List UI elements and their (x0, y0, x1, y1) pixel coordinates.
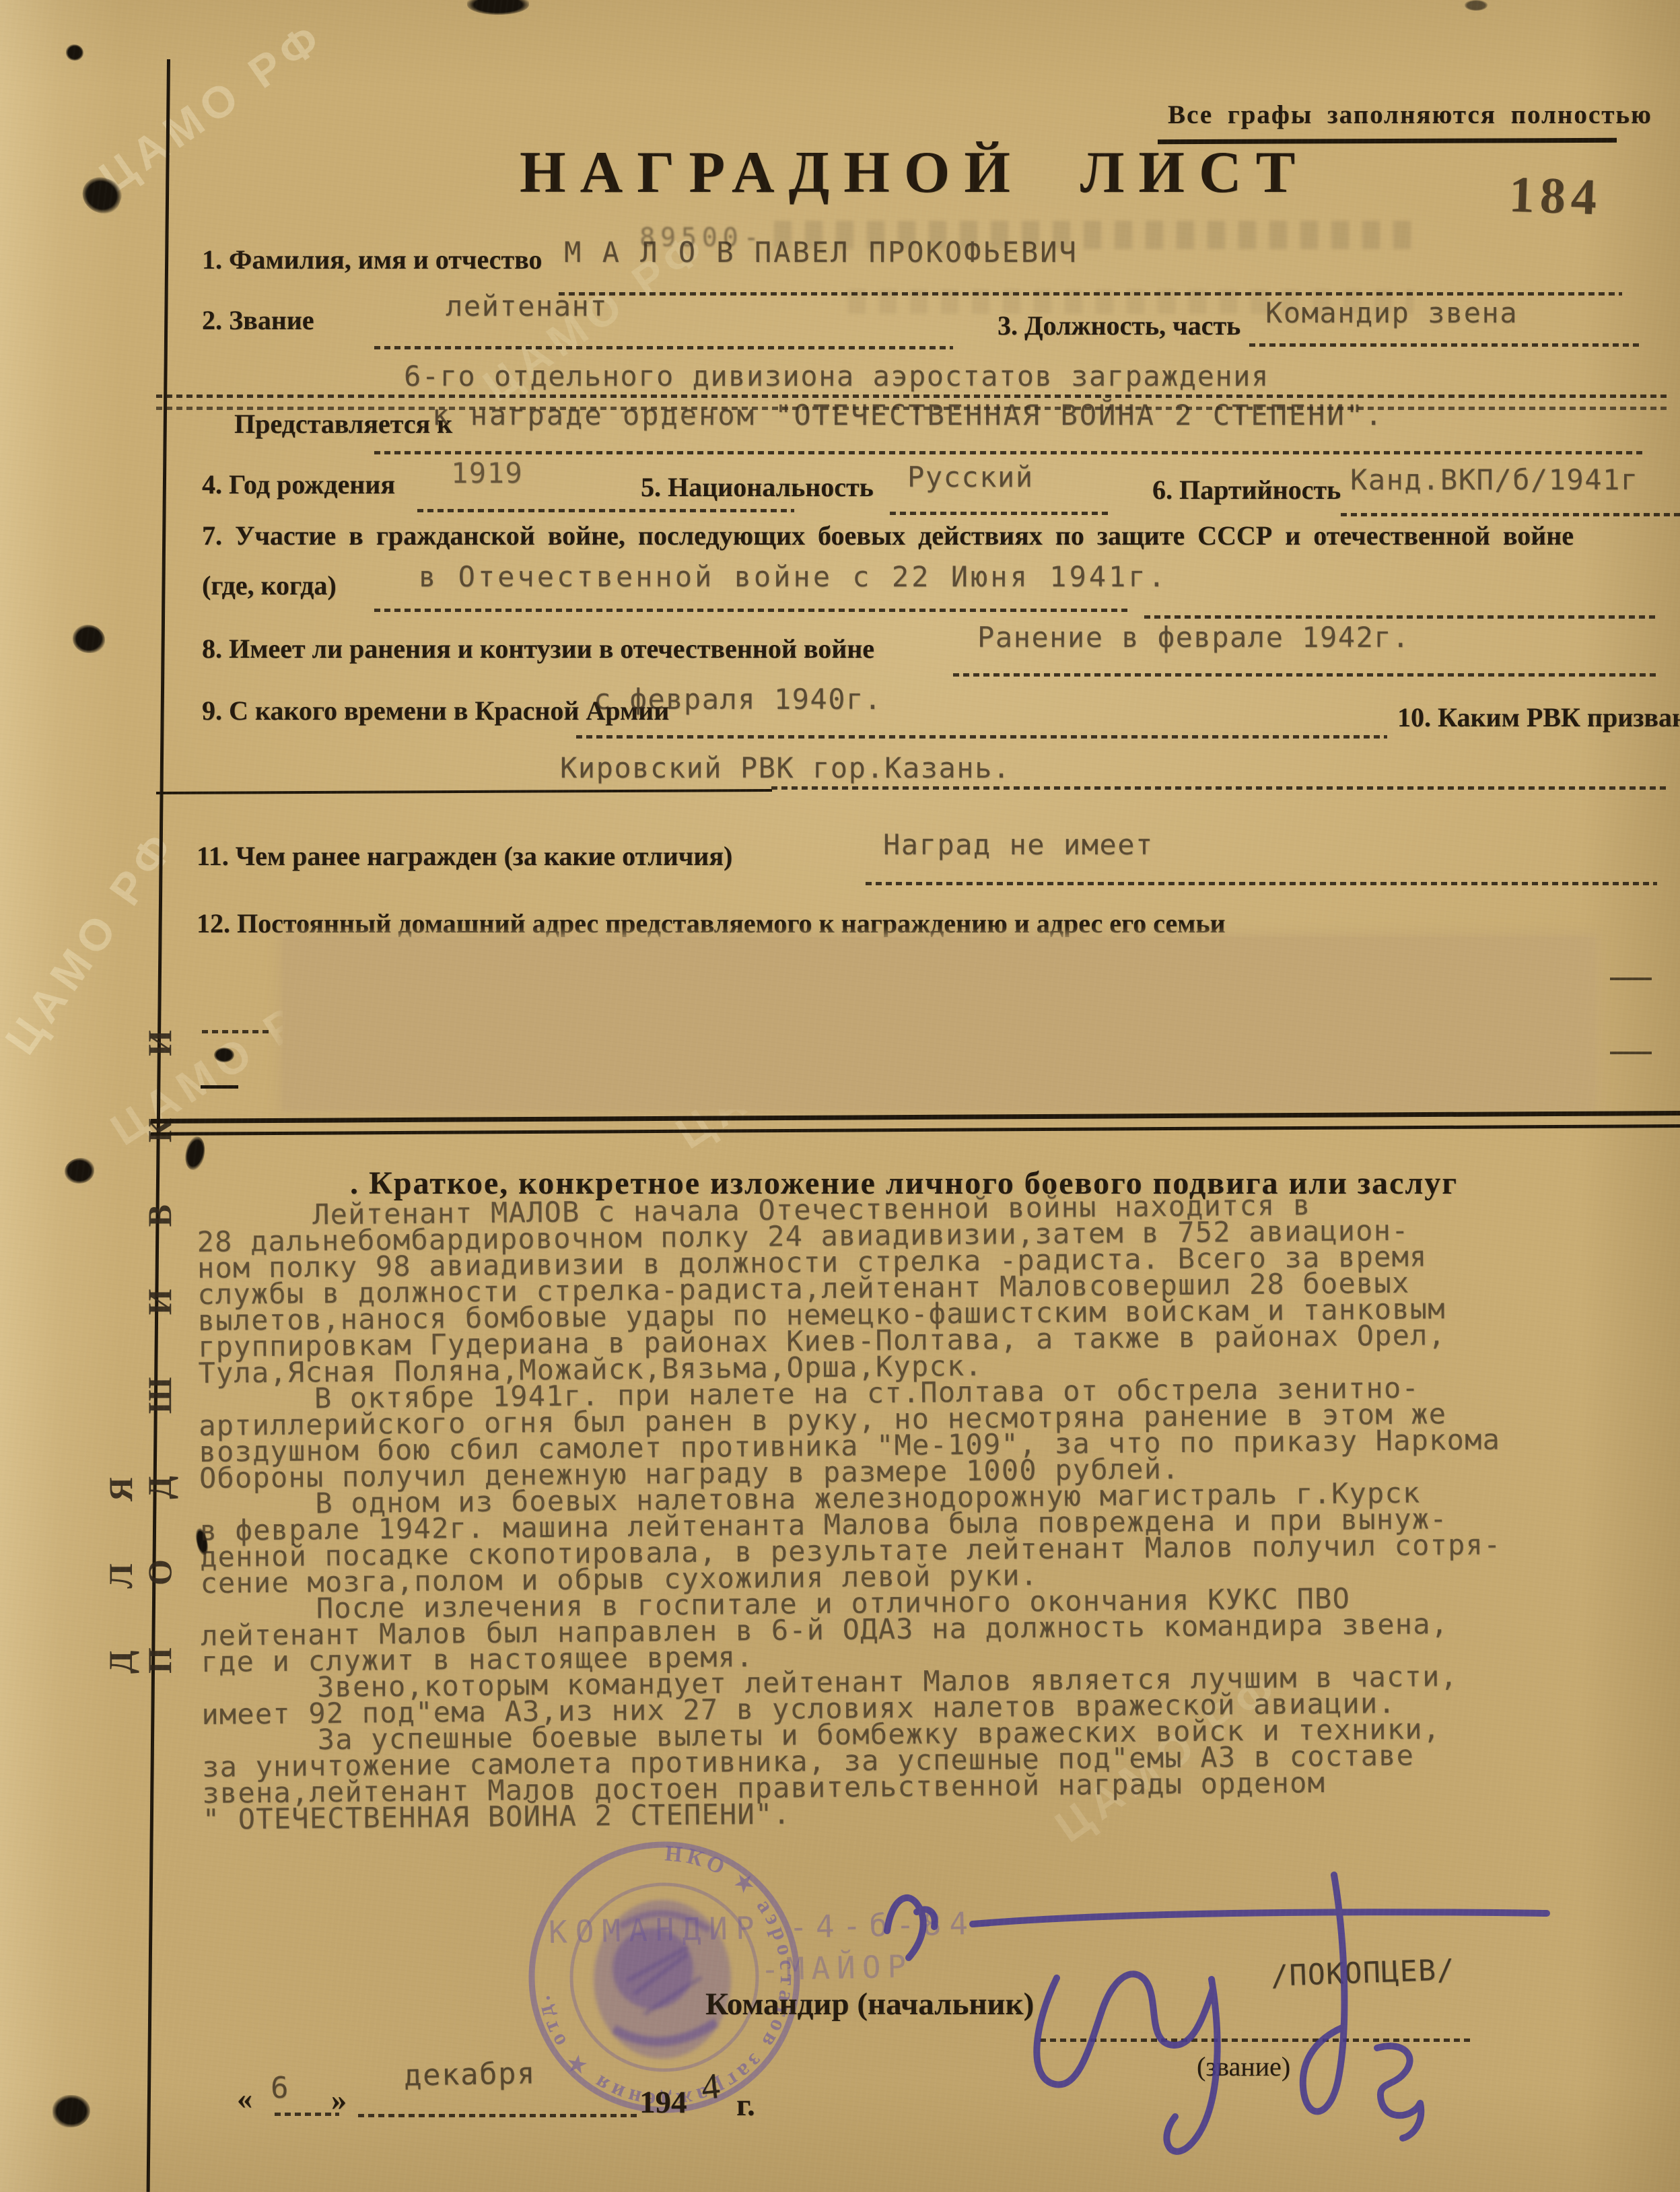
date-quote-open: « (237, 2080, 252, 2116)
field-8-value: Ранение в феврале 1942г. (977, 621, 1410, 654)
margin-binding-caption: ДЛЯ ПОДШИВКИ (101, 583, 179, 1674)
field-6-value: Канд.ВКП/б/1941г (1350, 463, 1639, 496)
field-11-label: 11. Чем ранее награжден (за какие отличи… (197, 840, 732, 872)
top-note: Все графы заполняются полностью (1168, 100, 1652, 130)
document-title: НАГРАДНОЙ ЛИСТ (520, 139, 1309, 207)
field-7-label: 7. Участие в гражданской войне, последую… (202, 520, 1574, 551)
field-9-value: с февраля 1940г. (594, 683, 882, 716)
field-4-label: 4. Год рождения (202, 469, 395, 500)
ink-blob (182, 1134, 208, 1171)
field-12-label: 12. Постоянный домашний адрес представля… (197, 907, 1226, 939)
field-3-value: Командир звена (1265, 296, 1518, 329)
field-10-value: Кировский РВК гор.Казань. (560, 751, 1011, 784)
ink-blob (214, 1048, 234, 1062)
feat-description-text: Лейтенант МАЛОВ с начала Отечественной в… (197, 1188, 1680, 1833)
field-1-label: 1. Фамилия, имя и отчество (202, 244, 542, 275)
signature-ink (835, 1811, 1615, 2174)
presented-for-label: Представляется к (234, 408, 452, 440)
field-8-label: 8. Имеет ли ранения и контузии в отечест… (202, 633, 874, 664)
watermark-camo-rf: ЦАМО РФ (90, 10, 334, 203)
field-1-value: М А Л О В ПАВЕЛ ПРОКОФЬЕВИЧ (564, 236, 1078, 269)
field-7-sublabel: (где, когда) (202, 570, 337, 601)
section-separator (151, 1111, 1680, 1124)
punch-hole (77, 172, 126, 219)
punch-hole (65, 1158, 94, 1184)
field-10-label: 10. Каким РВК призван (1397, 701, 1680, 733)
date-month: декабря (404, 2056, 536, 2092)
field-6-label: 6. Партийность (1152, 474, 1341, 506)
redacted-address-box (283, 937, 1595, 1109)
page-number: 184 (1508, 166, 1603, 228)
date-year-printed: 194 (639, 2084, 687, 2121)
date-year-suffix: г. (736, 2087, 755, 2123)
field-3-value-line2: 6-го отдельного дивизиона аэростатов заг… (404, 359, 1269, 392)
punch-hole (73, 625, 105, 653)
field-2-value: лейтенант (446, 289, 608, 322)
section-separator (151, 1124, 1680, 1136)
field-7-value: в Отечественной войне с 22 Июня 1941г. (419, 560, 1168, 593)
presented-for-value: к награде орденом "ОТЕЧЕСТВЕННАЯ ВОЙНА 2… (432, 399, 1384, 432)
punch-hole (53, 2095, 90, 2127)
award-sheet-document: ЦАМО РФ ЦАМО РФ ЦАМО РФ ЦАМО РФ ЦАМО РФ … (0, 0, 1680, 2192)
field-5-value: Русский (907, 460, 1034, 493)
field-4-value: 1919 (451, 456, 523, 489)
punch-hole (66, 44, 83, 61)
field-3-label: 3. Должность, часть (998, 310, 1240, 341)
torn-edge-mark (467, 0, 529, 15)
torn-edge-mark (1465, 0, 1487, 11)
date-day: 6 (271, 2071, 289, 2105)
field-11-value: Наград не имеет (883, 828, 1154, 861)
field-2-label: 2. Звание (202, 304, 314, 336)
field-5-label: 5. Национальность (641, 471, 874, 503)
